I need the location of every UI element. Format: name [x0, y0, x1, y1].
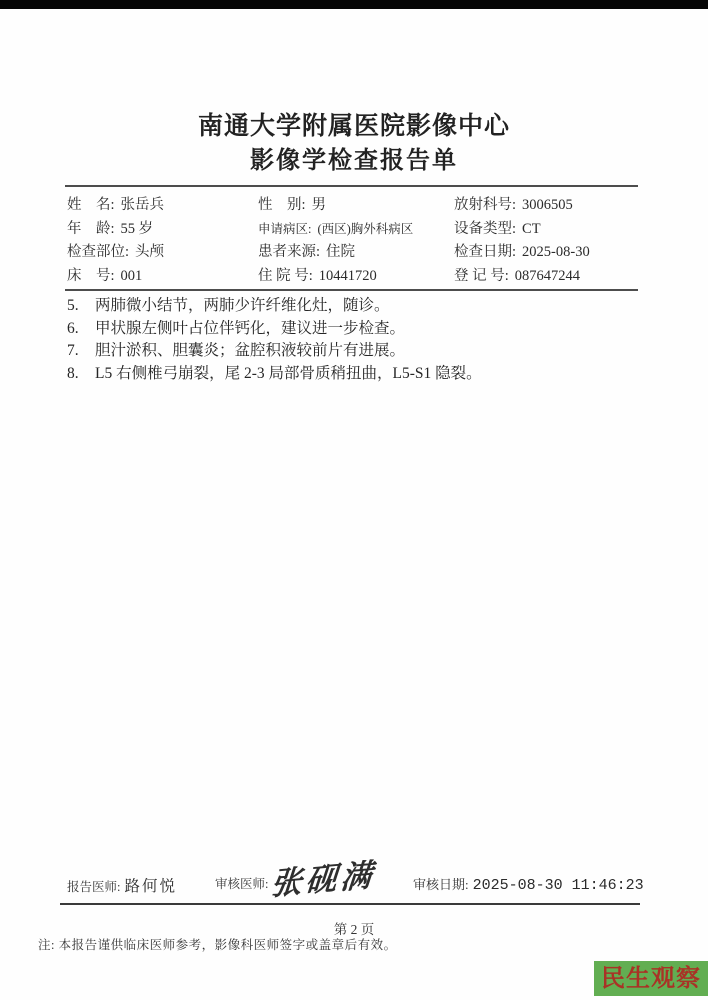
field-ward: 申请病区:(西区)胸外科病区 — [258, 218, 454, 242]
report-page: 南通大学附属医院影像中心 影像学检查报告单 姓 名:张岳兵 性 别:男 放射科号… — [0, 0, 708, 1000]
field-gender-label: 性 别: — [258, 197, 306, 213]
field-exam-part-value: 头颅 — [135, 244, 164, 260]
finding-item-7: 7. 胆汁淤积、胆囊炎；盆腔积液较前片有进展。 — [67, 340, 667, 363]
field-admission-no-label: 住 院 号: — [258, 268, 313, 284]
field-patient-source-value: 住院 — [326, 244, 355, 260]
report-doctor: 报告医师:路何悦 — [67, 874, 177, 896]
field-gender: 性 别:男 — [258, 194, 454, 218]
finding-text: 甲状腺左侧叶占位伴钙化，建议进一步检查。 — [95, 318, 667, 341]
field-age: 年 龄:55 岁 — [67, 218, 258, 242]
field-exam-part: 检查部位:头颅 — [67, 241, 258, 265]
field-radiology-no-label: 放射科号: — [454, 197, 516, 213]
disclaimer-note: 注: 本报告谨供临床医师参考，影像科医师签字或盖章后有效。 — [38, 935, 397, 953]
field-exam-date-value: 2025-08-30 — [522, 244, 590, 260]
finding-number: 5. — [67, 295, 95, 318]
field-registration-no-label: 登 记 号: — [454, 268, 509, 284]
field-registration-no-value: 087647244 — [515, 268, 580, 284]
field-name: 姓 名:张岳兵 — [67, 194, 258, 218]
minsheng-watermark-badge: 民生观察 — [594, 961, 708, 996]
field-admission-no-value: 10441720 — [319, 268, 377, 284]
field-device-type-label: 设备类型: — [454, 221, 516, 237]
field-admission-no: 住 院 号:10441720 — [258, 265, 454, 289]
field-age-value: 55 岁 — [121, 221, 154, 237]
field-radiology-no-value: 3006505 — [522, 197, 573, 213]
review-date: 审核日期:2025-08-30 11:46:23 — [413, 874, 644, 894]
reviewer-handwritten-signature: 张砚满 — [269, 849, 378, 904]
finding-number: 6. — [67, 318, 95, 341]
field-device-type-value: CT — [522, 221, 541, 237]
review-date-value: 2025-08-30 11:46:23 — [473, 877, 644, 894]
field-bed-no-label: 床 号: — [67, 268, 115, 284]
patient-info-table: 姓 名:张岳兵 性 别:男 放射科号:3006505 年 龄:55 岁 申请病区… — [67, 194, 645, 289]
review-date-label: 审核日期: — [413, 877, 469, 892]
finding-text: 胆汁淤积、胆囊炎；盆腔积液较前片有进展。 — [95, 340, 667, 363]
divider-footer — [60, 903, 640, 905]
field-device-type: 设备类型:CT — [454, 218, 645, 242]
divider-top — [65, 185, 638, 187]
field-patient-source-label: 患者来源: — [258, 244, 320, 260]
field-ward-label: 申请病区: — [258, 222, 311, 236]
report-doctor-name: 路何悦 — [124, 878, 177, 895]
finding-text: L5 右侧椎弓崩裂，尾 2-3 局部骨质稍扭曲，L5-S1 隐裂。 — [95, 363, 667, 386]
field-exam-date: 检查日期:2025-08-30 — [454, 241, 645, 265]
finding-number: 7. — [67, 340, 95, 363]
field-name-value: 张岳兵 — [121, 197, 165, 213]
findings-list: 5. 两肺微小结节，两肺少许纤维化灶，随诊。 6. 甲状腺左侧叶占位伴钙化，建议… — [67, 295, 667, 385]
signature-row: 报告医师:路何悦 审核医师: 张砚满 审核日期:2025-08-30 11:46… — [67, 858, 645, 906]
field-exam-date-label: 检查日期: — [454, 244, 516, 260]
report-doctor-label: 报告医师: — [67, 880, 120, 894]
field-bed-no-value: 001 — [121, 268, 143, 284]
report-subtitle: 影像学检查报告单 — [0, 140, 708, 175]
field-exam-part-label: 检查部位: — [67, 244, 129, 260]
finding-item-8: 8. L5 右侧椎弓崩裂，尾 2-3 局部骨质稍扭曲，L5-S1 隐裂。 — [67, 363, 667, 386]
finding-item-5: 5. 两肺微小结节，两肺少许纤维化灶，随诊。 — [67, 295, 667, 318]
field-name-label: 姓 名: — [67, 197, 115, 213]
hospital-title: 南通大学附属医院影像中心 — [0, 106, 708, 142]
field-age-label: 年 龄: — [67, 221, 115, 237]
field-bed-no: 床 号:001 — [67, 265, 258, 289]
finding-number: 8. — [67, 363, 95, 386]
finding-item-6: 6. 甲状腺左侧叶占位伴钙化，建议进一步检查。 — [67, 318, 667, 341]
review-doctor: 审核医师: — [215, 874, 268, 893]
review-doctor-label: 审核医师: — [215, 877, 268, 891]
divider-info-bottom — [65, 289, 638, 291]
field-patient-source: 患者来源:住院 — [258, 241, 454, 265]
field-registration-no: 登 记 号:087647244 — [454, 265, 645, 289]
field-ward-value: (西区)胸外科病区 — [317, 222, 413, 236]
field-radiology-no: 放射科号:3006505 — [454, 194, 645, 218]
field-gender-value: 男 — [312, 197, 327, 213]
finding-text: 两肺微小结节，两肺少许纤维化灶，随诊。 — [95, 295, 667, 318]
scan-top-black-bar — [0, 0, 708, 9]
